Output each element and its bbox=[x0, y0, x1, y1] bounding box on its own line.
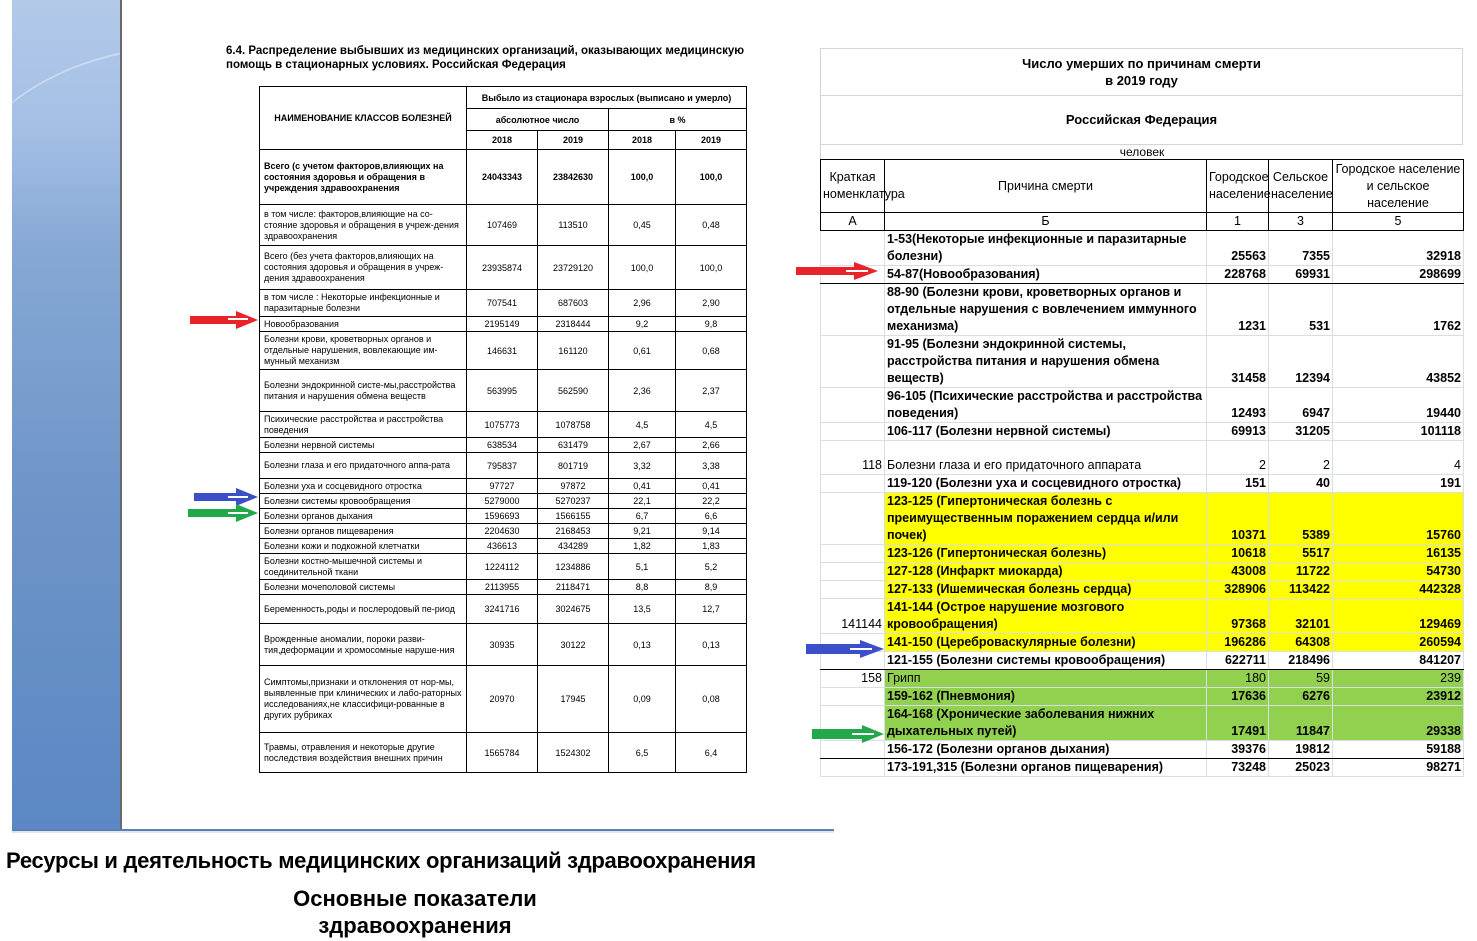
absolute-value: 563995 bbox=[467, 370, 538, 412]
percent-value: 2,36 bbox=[609, 370, 676, 412]
urban-count: 97368 bbox=[1207, 599, 1269, 634]
rural-count: 12394 bbox=[1269, 336, 1333, 388]
rural-count: 7355 bbox=[1269, 231, 1333, 266]
cause-name: Болезни глаза и его придаточного аппарат… bbox=[885, 441, 1207, 475]
table-row: 127-128 (Инфаркт миокарда)43008117225473… bbox=[821, 563, 1464, 581]
percent-value: 9,14 bbox=[676, 524, 747, 539]
absolute-value: 2195149 bbox=[467, 317, 538, 332]
absolute-value: 3241716 bbox=[467, 595, 538, 624]
percent-value: 0,48 bbox=[676, 205, 747, 246]
table-row: в том числе: факторов,влияющие на со-сто… bbox=[260, 205, 747, 246]
col-code-number: 1 bbox=[1207, 213, 1269, 231]
absolute-value: 97727 bbox=[467, 479, 538, 494]
rural-count: 69931 bbox=[1269, 266, 1333, 284]
total-count: 191 bbox=[1333, 475, 1464, 493]
percent-value: 6,6 bbox=[676, 509, 747, 524]
col-code-number: 5 bbox=[1333, 213, 1464, 231]
absolute-value: 1565784 bbox=[467, 733, 538, 773]
total-count: 32918 bbox=[1333, 231, 1464, 266]
percent-value: 0,41 bbox=[676, 479, 747, 494]
cause-name: 123-126 (Гипертоническая болезнь) bbox=[885, 545, 1207, 563]
percent-value: 3,32 bbox=[609, 453, 676, 479]
percent-value: 5,2 bbox=[676, 554, 747, 580]
table-row: 164-168 (Хронические заболевания нижних … bbox=[821, 706, 1464, 741]
table-row: 123-125 (Гипертоническая болезнь с преим… bbox=[821, 493, 1464, 545]
cause-code: 141144 bbox=[821, 599, 885, 634]
absolute-value: 23935874 bbox=[467, 246, 538, 290]
table-row: Психические расстройства и расстройства … bbox=[260, 412, 747, 438]
cause-code bbox=[821, 336, 885, 388]
table-row: 54-87(Новообразования)22876869931298699 bbox=[821, 266, 1464, 284]
cause-code: 118 bbox=[821, 441, 885, 475]
total-count: 4 bbox=[1333, 441, 1464, 475]
absolute-value: 1566155 bbox=[538, 509, 609, 524]
cause-name: 121-155 (Болезни системы кровообращения) bbox=[885, 652, 1207, 670]
disease-class-name: Болезни органов пищеварения bbox=[260, 524, 467, 539]
table-row: Новообразования219514923184449,29,8 bbox=[260, 317, 747, 332]
disease-class-name: Болезни крови, кроветворных органов и от… bbox=[260, 332, 467, 370]
absolute-value: 707541 bbox=[467, 290, 538, 317]
total-count: 16135 bbox=[1333, 545, 1464, 563]
sheet-region: Российская Федерация bbox=[820, 96, 1463, 145]
absolute-value: 801719 bbox=[538, 453, 609, 479]
rural-count: 218496 bbox=[1269, 652, 1333, 670]
cause-code bbox=[821, 759, 885, 777]
urban-count: 10371 bbox=[1207, 493, 1269, 545]
slide-caption-main: Ресурсы и деятельность медицинских орган… bbox=[6, 848, 756, 874]
urban-count: 73248 bbox=[1207, 759, 1269, 777]
cause-name: 141-150 (Цереброваскулярные болезни) bbox=[885, 634, 1207, 652]
table-row: 96-105 (Психические расстройства и расст… bbox=[821, 388, 1464, 423]
cause-code: 158 bbox=[821, 670, 885, 688]
col-header-total: Городское население и сельское население bbox=[1333, 160, 1464, 213]
percent-value: 22,1 bbox=[609, 494, 676, 509]
cause-code bbox=[821, 475, 885, 493]
col-header-year: 2019 bbox=[676, 131, 747, 150]
percent-value: 2,96 bbox=[609, 290, 676, 317]
cause-code bbox=[821, 545, 885, 563]
green-arrow-icon bbox=[186, 503, 260, 523]
total-count: 29338 bbox=[1333, 706, 1464, 741]
total-count: 43852 bbox=[1333, 336, 1464, 388]
urban-count: 10618 bbox=[1207, 545, 1269, 563]
table-row: Болезни костно-мышечной системы и соедин… bbox=[260, 554, 747, 580]
percent-value: 1,82 bbox=[609, 539, 676, 554]
total-count: 59188 bbox=[1333, 741, 1464, 759]
absolute-value: 5270237 bbox=[538, 494, 609, 509]
disease-class-name: Болезни нервной системы bbox=[260, 438, 467, 453]
table-row: Болезни мочеполовой системы2113955211847… bbox=[260, 580, 747, 595]
absolute-value: 1224112 bbox=[467, 554, 538, 580]
absolute-value: 146631 bbox=[467, 332, 538, 370]
disease-class-name: Болезни глаза и его придаточного аппа-ра… bbox=[260, 453, 467, 479]
percent-value: 6,7 bbox=[609, 509, 676, 524]
rural-count: 64308 bbox=[1269, 634, 1333, 652]
absolute-value: 1078758 bbox=[538, 412, 609, 438]
rural-count: 25023 bbox=[1269, 759, 1333, 777]
total-count: 298699 bbox=[1333, 266, 1464, 284]
rural-count: 5389 bbox=[1269, 493, 1333, 545]
percent-value: 22,2 bbox=[676, 494, 747, 509]
disease-class-name: Болезни уха и сосцевидного отростка bbox=[260, 479, 467, 494]
table-row: Болезни нервной системы6385346314792,672… bbox=[260, 438, 747, 453]
absolute-value: 107469 bbox=[467, 205, 538, 246]
absolute-value: 687603 bbox=[538, 290, 609, 317]
absolute-value: 1596693 bbox=[467, 509, 538, 524]
percent-value: 100,0 bbox=[676, 246, 747, 290]
table-row: Болезни уха и сосцевидного отростка97727… bbox=[260, 479, 747, 494]
percent-value: 4,5 bbox=[609, 412, 676, 438]
table-row: 123-126 (Гипертоническая болезнь)1061855… bbox=[821, 545, 1464, 563]
absolute-value: 30935 bbox=[467, 624, 538, 666]
total-count: 442328 bbox=[1333, 581, 1464, 599]
table-row: 1-53(Некоторые инфекционные и паразитарн… bbox=[821, 231, 1464, 266]
absolute-value: 795837 bbox=[467, 453, 538, 479]
total-count: 19440 bbox=[1333, 388, 1464, 423]
absolute-value: 3024675 bbox=[538, 595, 609, 624]
rural-count: 59 bbox=[1269, 670, 1333, 688]
cause-code bbox=[821, 493, 885, 545]
percent-value: 9,21 bbox=[609, 524, 676, 539]
percent-value: 0,41 bbox=[609, 479, 676, 494]
disease-class-name: Болезни мочеполовой системы bbox=[260, 580, 467, 595]
rural-count: 19812 bbox=[1269, 741, 1333, 759]
total-count: 239 bbox=[1333, 670, 1464, 688]
urban-count: 151 bbox=[1207, 475, 1269, 493]
percent-value: 0,13 bbox=[609, 624, 676, 666]
table-row: Врожденные аномалии, пороки разви-тия,де… bbox=[260, 624, 747, 666]
table-row: Беременность,роды и послеродовый пе-риод… bbox=[260, 595, 747, 624]
percent-value: 2,90 bbox=[676, 290, 747, 317]
disease-class-name: Беременность,роды и послеродовый пе-риод bbox=[260, 595, 467, 624]
absolute-value: 2113955 bbox=[467, 580, 538, 595]
total-count: 54730 bbox=[1333, 563, 1464, 581]
disease-class-name: в том числе : Некоторые инфекционные и п… bbox=[260, 290, 467, 317]
rural-count: 5517 bbox=[1269, 545, 1333, 563]
urban-count: 1231 bbox=[1207, 284, 1269, 336]
cause-name: 1-53(Некоторые инфекционные и паразитарн… bbox=[885, 231, 1207, 266]
percent-value: 0,09 bbox=[609, 666, 676, 733]
sidebar-edge bbox=[120, 0, 122, 830]
rural-count: 40 bbox=[1269, 475, 1333, 493]
left-table-title: 6.4. Распределение выбывших из медицинск… bbox=[226, 44, 786, 72]
cause-name: 123-125 (Гипертоническая болезнь с преим… bbox=[885, 493, 1207, 545]
cause-name: 54-87(Новообразования) bbox=[885, 266, 1207, 284]
table-row: 159-162 (Пневмония)17636627623912 bbox=[821, 688, 1464, 706]
urban-count: 196286 bbox=[1207, 634, 1269, 652]
absolute-value: 2118471 bbox=[538, 580, 609, 595]
col-header-disease-class: НАИМЕНОВАНИЕ КЛАССОВ БОЛЕЗНЕЙ bbox=[260, 87, 467, 150]
deaths-table: Краткая номенклатура Причина смерти Горо… bbox=[820, 159, 1464, 777]
cause-name: Грипп bbox=[885, 670, 1207, 688]
col-header-absolute: абсолютное число bbox=[467, 109, 609, 131]
absolute-value: 2204630 bbox=[467, 524, 538, 539]
percent-value: 100,0 bbox=[676, 150, 747, 205]
blue-arrow-icon bbox=[804, 639, 886, 659]
percent-value: 2,37 bbox=[676, 370, 747, 412]
absolute-value: 17945 bbox=[538, 666, 609, 733]
sheet-unit: человек bbox=[820, 145, 1463, 159]
col-header-rural: Сельское население bbox=[1269, 160, 1333, 213]
disease-class-name: Болезни кожи и подкожной клетчатки bbox=[260, 539, 467, 554]
col-code-letter: А bbox=[821, 213, 885, 231]
percent-value: 0,45 bbox=[609, 205, 676, 246]
percent-value: 100,0 bbox=[609, 150, 676, 205]
col-header-code: Краткая номенклатура bbox=[821, 160, 885, 213]
total-count: 101118 bbox=[1333, 423, 1464, 441]
absolute-value: 562590 bbox=[538, 370, 609, 412]
cause-code bbox=[821, 284, 885, 336]
cause-name: 106-117 (Болезни нервной системы) bbox=[885, 423, 1207, 441]
urban-count: 180 bbox=[1207, 670, 1269, 688]
percent-value: 0,13 bbox=[676, 624, 747, 666]
col-header-year: 2018 bbox=[467, 131, 538, 150]
disease-class-name: Болезни костно-мышечной системы и соедин… bbox=[260, 554, 467, 580]
cause-name: 164-168 (Хронические заболевания нижних … bbox=[885, 706, 1207, 741]
absolute-value: 23729120 bbox=[538, 246, 609, 290]
table-row: 141144141-144 (Острое нарушение мозговог… bbox=[821, 599, 1464, 634]
cause-code bbox=[821, 581, 885, 599]
table-row: 118Болезни глаза и его придаточного аппа… bbox=[821, 441, 1464, 475]
table-row: Симптомы,признаки и отклонения от нор-мы… bbox=[260, 666, 747, 733]
disease-class-name: Болезни органов дыхания bbox=[260, 509, 467, 524]
sheet-title: Число умерших по причинам смерти в 2019 … bbox=[820, 48, 1463, 96]
cause-name: 127-128 (Инфаркт миокарда) bbox=[885, 563, 1207, 581]
col-code-number: 3 bbox=[1269, 213, 1333, 231]
deaths-spreadsheet: Число умерших по причинам смерти в 2019 … bbox=[820, 48, 1463, 777]
red-arrow-icon bbox=[794, 261, 880, 281]
disease-class-name: Врожденные аномалии, пороки разви-тия,де… bbox=[260, 624, 467, 666]
urban-count: 328906 bbox=[1207, 581, 1269, 599]
percent-value: 3,38 bbox=[676, 453, 747, 479]
percent-value: 13,5 bbox=[609, 595, 676, 624]
table-row: Всего (с учетом факторов,влияющих на сос… bbox=[260, 150, 747, 205]
table-row: 156-172 (Болезни органов дыхания)3937619… bbox=[821, 741, 1464, 759]
percent-value: 100,0 bbox=[609, 246, 676, 290]
total-count: 1762 bbox=[1333, 284, 1464, 336]
table-row: 106-117 (Болезни нервной системы)6991331… bbox=[821, 423, 1464, 441]
col-header-percent: в % bbox=[609, 109, 747, 131]
percent-value: 8,9 bbox=[676, 580, 747, 595]
percent-value: 9,8 bbox=[676, 317, 747, 332]
urban-count: 17491 bbox=[1207, 706, 1269, 741]
table-row: 91-95 (Болезни эндокринной системы, расс… bbox=[821, 336, 1464, 388]
col-header-year: 2018 bbox=[609, 131, 676, 150]
sheet-title-line1: Число умерших по причинам смерти bbox=[821, 55, 1462, 72]
urban-count: 2 bbox=[1207, 441, 1269, 475]
total-count: 129469 bbox=[1333, 599, 1464, 634]
table-row: Болезни органов дыхания159669315661556,7… bbox=[260, 509, 747, 524]
table-row: 158Грипп18059239 bbox=[821, 670, 1464, 688]
disease-class-name: Всего (без учета факторов,влияющих на со… bbox=[260, 246, 467, 290]
red-arrow-icon bbox=[188, 310, 260, 330]
percent-value: 2,67 bbox=[609, 438, 676, 453]
absolute-value: 113510 bbox=[538, 205, 609, 246]
urban-count: 43008 bbox=[1207, 563, 1269, 581]
sheet-title-line2: в 2019 году bbox=[821, 72, 1462, 89]
absolute-value: 434289 bbox=[538, 539, 609, 554]
col-header-group: Выбыло из стационара взрослых (выписано … bbox=[467, 87, 747, 109]
percent-value: 5,1 bbox=[609, 554, 676, 580]
absolute-value: 2168453 bbox=[538, 524, 609, 539]
urban-count: 12493 bbox=[1207, 388, 1269, 423]
table-row: 173-191,315 (Болезни органов пищеварения… bbox=[821, 759, 1464, 777]
urban-count: 31458 bbox=[1207, 336, 1269, 388]
percent-value: 0,68 bbox=[676, 332, 747, 370]
rural-count: 6276 bbox=[1269, 688, 1333, 706]
table-row: Болезни эндокринной систе-мы,расстройств… bbox=[260, 370, 747, 412]
absolute-value: 436613 bbox=[467, 539, 538, 554]
percent-value: 12,7 bbox=[676, 595, 747, 624]
absolute-value: 631479 bbox=[538, 438, 609, 453]
absolute-value: 23842630 bbox=[538, 150, 609, 205]
urban-count: 622711 bbox=[1207, 652, 1269, 670]
col-header-urban: Городское население bbox=[1207, 160, 1269, 213]
absolute-value: 30122 bbox=[538, 624, 609, 666]
cause-name: 119-120 (Болезни уха и сосцевидного отро… bbox=[885, 475, 1207, 493]
absolute-value: 1075773 bbox=[467, 412, 538, 438]
table-row: 121-155 (Болезни системы кровообращения)… bbox=[821, 652, 1464, 670]
table-row: Болезни крови, кроветворных органов и от… bbox=[260, 332, 747, 370]
percent-value: 0,61 bbox=[609, 332, 676, 370]
urban-count: 39376 bbox=[1207, 741, 1269, 759]
cause-name: 88-90 (Болезни крови, кроветворных орган… bbox=[885, 284, 1207, 336]
absolute-value: 161120 bbox=[538, 332, 609, 370]
table-row: Болезни кожи и подкожной клетчатки436613… bbox=[260, 539, 747, 554]
total-count: 841207 bbox=[1333, 652, 1464, 670]
rural-count: 531 bbox=[1269, 284, 1333, 336]
absolute-value: 24043343 bbox=[467, 150, 538, 205]
total-count: 98271 bbox=[1333, 759, 1464, 777]
total-count: 260594 bbox=[1333, 634, 1464, 652]
disease-class-name: Психические расстройства и расстройства … bbox=[260, 412, 467, 438]
discharge-table: НАИМЕНОВАНИЕ КЛАССОВ БОЛЕЗНЕЙ Выбыло из … bbox=[259, 86, 747, 773]
rural-count: 11722 bbox=[1269, 563, 1333, 581]
swoosh-decoration bbox=[12, 19, 122, 223]
rural-count: 31205 bbox=[1269, 423, 1333, 441]
slide-caption-sub: Основные показатели здравоохранения bbox=[230, 885, 600, 939]
disease-class-name: Всего (с учетом факторов,влияющих на сос… bbox=[260, 150, 467, 205]
table-row: 88-90 (Болезни крови, кроветворных орган… bbox=[821, 284, 1464, 336]
percent-value: 9,2 bbox=[609, 317, 676, 332]
table-row: 119-120 (Болезни уха и сосцевидного отро… bbox=[821, 475, 1464, 493]
cause-code bbox=[821, 423, 885, 441]
table-row: 127-133 (Ишемическая болезнь сердца)3289… bbox=[821, 581, 1464, 599]
cause-name: 141-144 (Острое нарушение мозгового кров… bbox=[885, 599, 1207, 634]
table-row: Болезни органов пищеварения2204630216845… bbox=[260, 524, 747, 539]
col-header-year: 2019 bbox=[538, 131, 609, 150]
green-arrow-icon bbox=[810, 724, 886, 744]
cause-code bbox=[821, 563, 885, 581]
table-row: Болезни глаза и его придаточного аппа-ра… bbox=[260, 453, 747, 479]
urban-count: 25563 bbox=[1207, 231, 1269, 266]
table-row: Болезни системы кровообращения5279000527… bbox=[260, 494, 747, 509]
absolute-value: 20970 bbox=[467, 666, 538, 733]
absolute-value: 638534 bbox=[467, 438, 538, 453]
percent-value: 2,66 bbox=[676, 438, 747, 453]
percent-value: 0,08 bbox=[676, 666, 747, 733]
rural-count: 2 bbox=[1269, 441, 1333, 475]
disease-class-name: Травмы, отравления и некоторые другие по… bbox=[260, 733, 467, 773]
cause-name: 156-172 (Болезни органов дыхания) bbox=[885, 741, 1207, 759]
table-row: Всего (без учета факторов,влияющих на со… bbox=[260, 246, 747, 290]
absolute-value: 5279000 bbox=[467, 494, 538, 509]
urban-count: 69913 bbox=[1207, 423, 1269, 441]
percent-value: 6,4 bbox=[676, 733, 747, 773]
cause-name: 173-191,315 (Болезни органов пищеварения… bbox=[885, 759, 1207, 777]
slide-divider-shadow bbox=[12, 831, 834, 833]
cause-name: 127-133 (Ишемическая болезнь сердца) bbox=[885, 581, 1207, 599]
total-count: 15760 bbox=[1333, 493, 1464, 545]
disease-class-name: Болезни эндокринной систе-мы,расстройств… bbox=[260, 370, 467, 412]
cause-name: 96-105 (Психические расстройства и расст… bbox=[885, 388, 1207, 423]
cause-code bbox=[821, 688, 885, 706]
absolute-value: 2318444 bbox=[538, 317, 609, 332]
percent-value: 1,83 bbox=[676, 539, 747, 554]
rural-count: 11847 bbox=[1269, 706, 1333, 741]
disease-class-name: Новообразования bbox=[260, 317, 467, 332]
disease-class-name: в том числе: факторов,влияющие на со-сто… bbox=[260, 205, 467, 246]
cause-name: 91-95 (Болезни эндокринной системы, расс… bbox=[885, 336, 1207, 388]
col-header-cause: Причина смерти bbox=[885, 160, 1207, 213]
percent-value: 8,8 bbox=[609, 580, 676, 595]
rural-count: 32101 bbox=[1269, 599, 1333, 634]
col-code-letter: Б bbox=[885, 213, 1207, 231]
total-count: 23912 bbox=[1333, 688, 1464, 706]
table-row: Травмы, отравления и некоторые другие по… bbox=[260, 733, 747, 773]
absolute-value: 1234886 bbox=[538, 554, 609, 580]
slide-sidebar-decoration bbox=[12, 0, 122, 830]
percent-value: 4,5 bbox=[676, 412, 747, 438]
cause-code bbox=[821, 388, 885, 423]
rural-count: 113422 bbox=[1269, 581, 1333, 599]
percent-value: 6,5 bbox=[609, 733, 676, 773]
cause-name: 159-162 (Пневмония) bbox=[885, 688, 1207, 706]
urban-count: 17636 bbox=[1207, 688, 1269, 706]
urban-count: 228768 bbox=[1207, 266, 1269, 284]
disease-class-name: Болезни системы кровообращения bbox=[260, 494, 467, 509]
table-row: в том числе : Некоторые инфекционные и п… bbox=[260, 290, 747, 317]
disease-class-name: Симптомы,признаки и отклонения от нор-мы… bbox=[260, 666, 467, 733]
absolute-value: 1524302 bbox=[538, 733, 609, 773]
rural-count: 6947 bbox=[1269, 388, 1333, 423]
table-row: 141-150 (Цереброваскулярные болезни)1962… bbox=[821, 634, 1464, 652]
absolute-value: 97872 bbox=[538, 479, 609, 494]
